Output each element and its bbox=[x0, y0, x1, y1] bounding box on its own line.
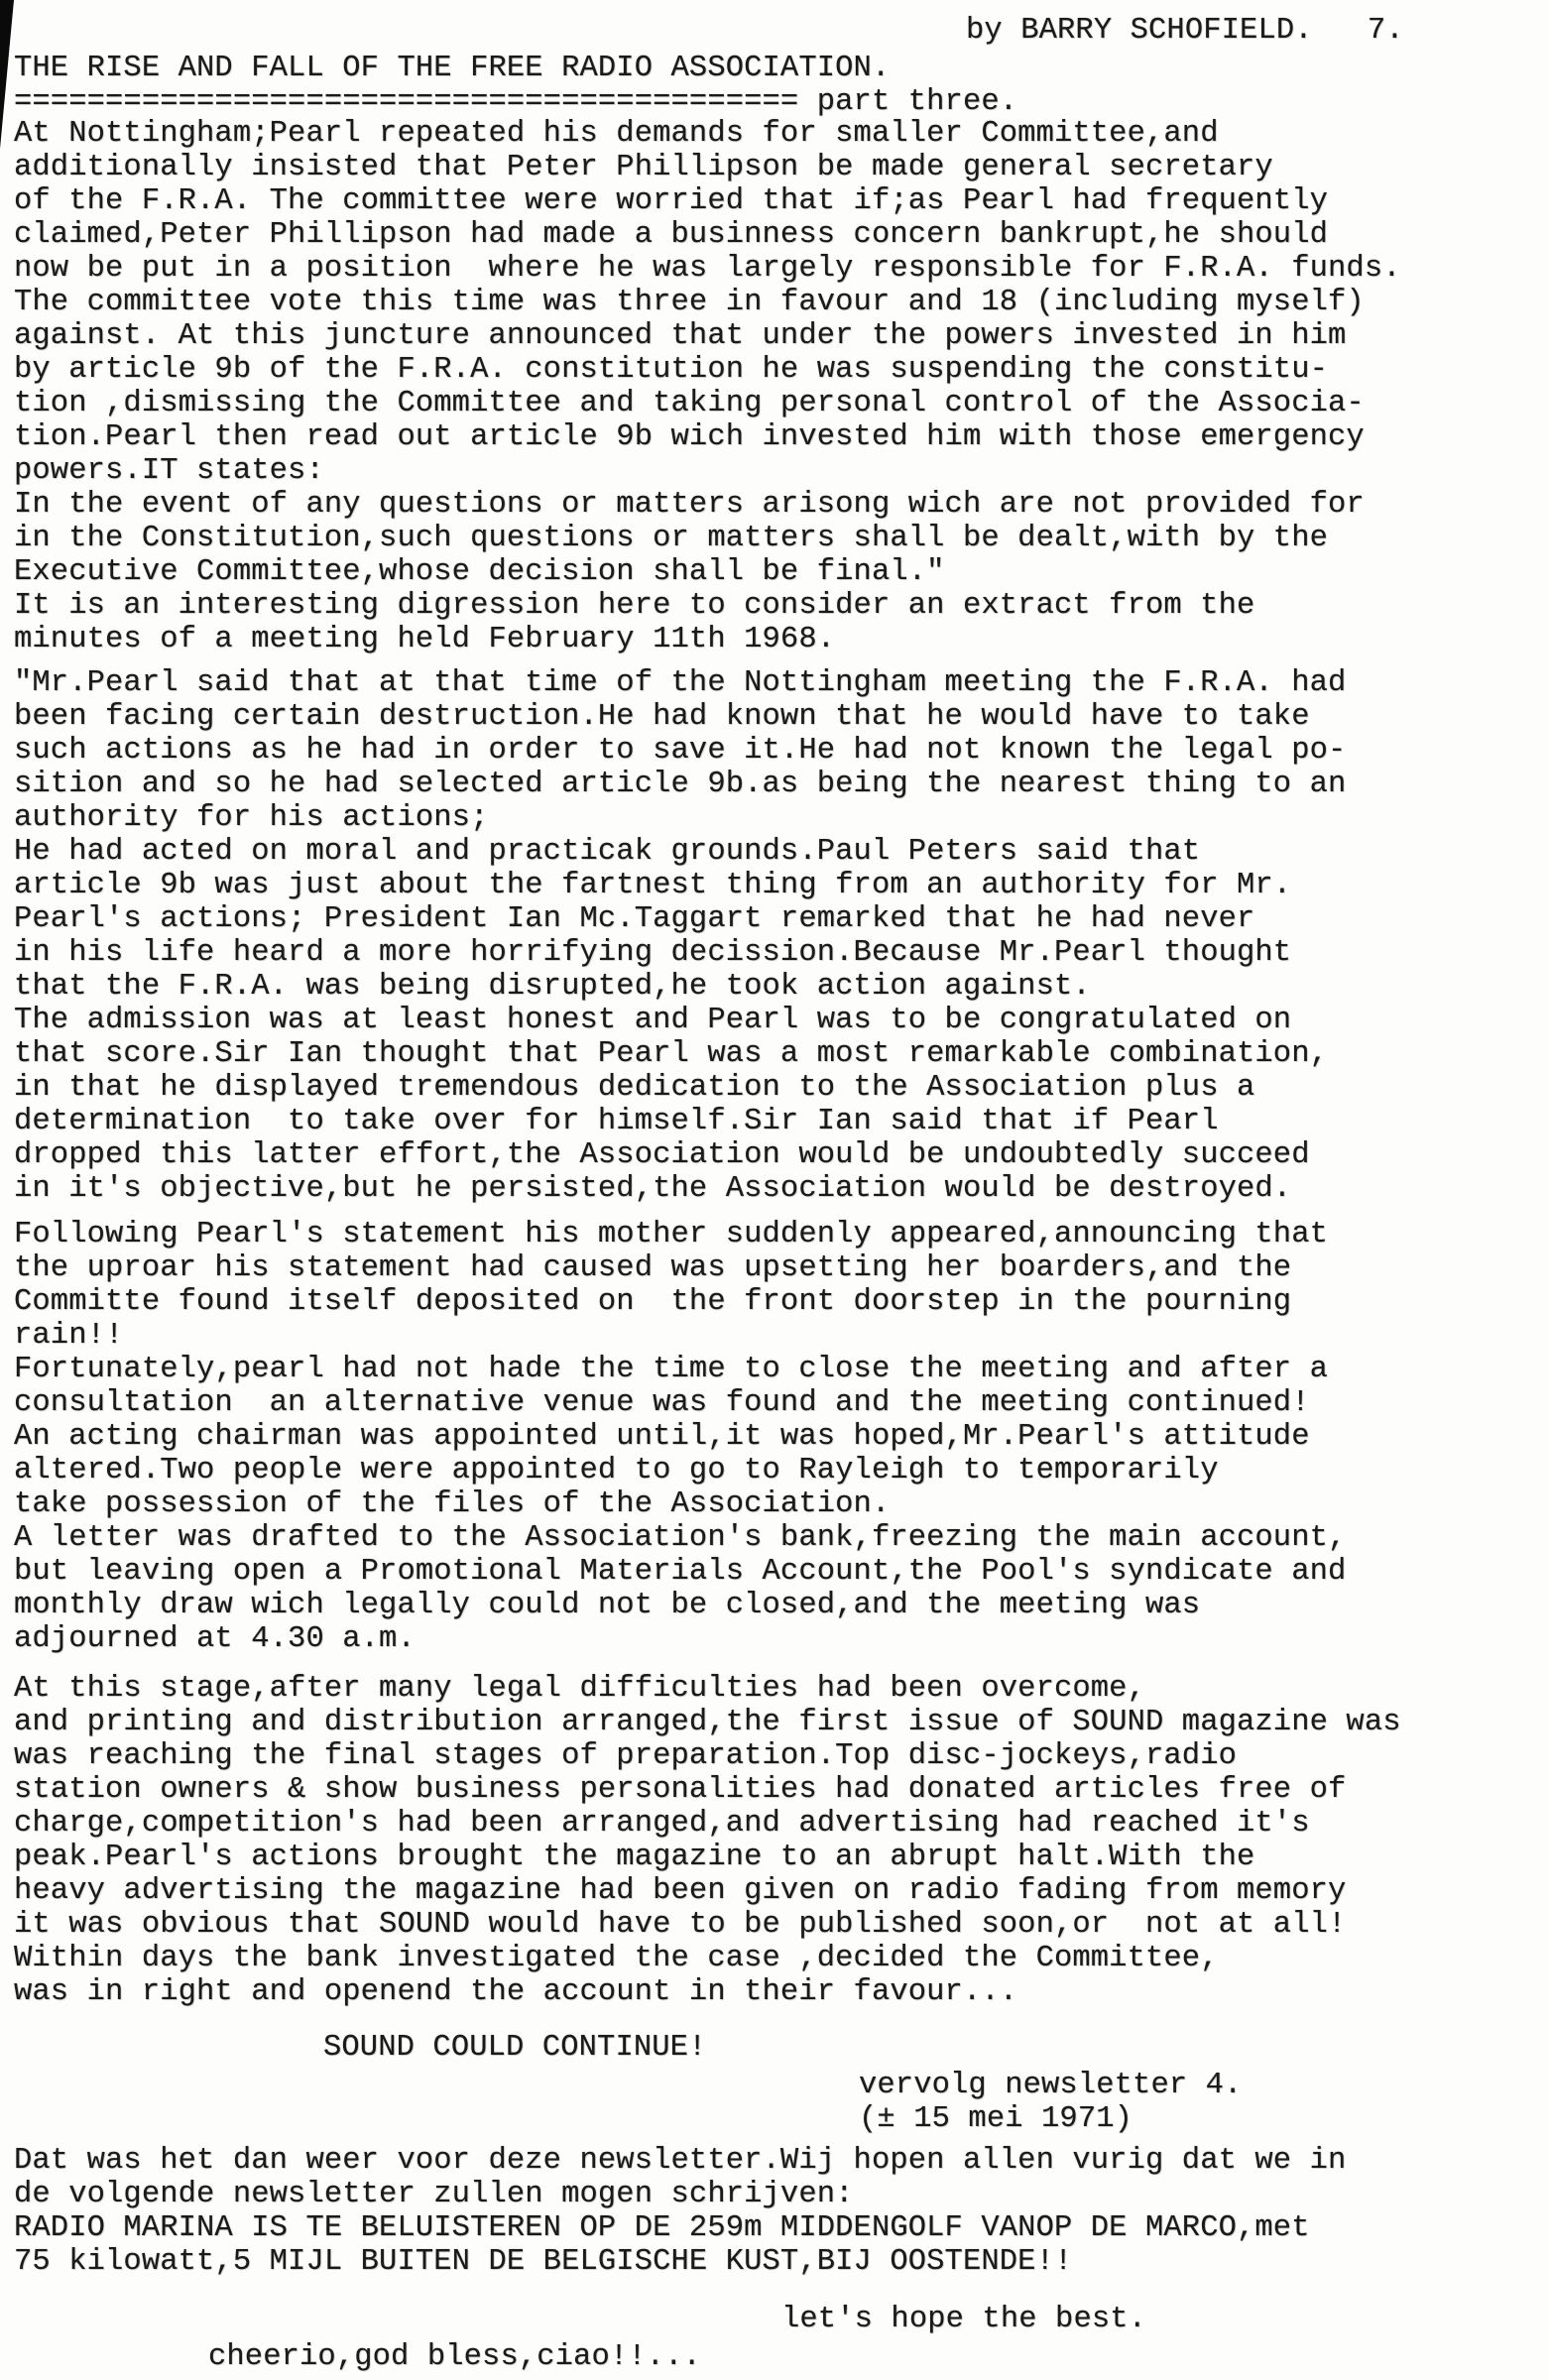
body-line: altered.Two people were appointed to go … bbox=[14, 1454, 1219, 1487]
dutch-closing-line: Dat was het dan weer voor deze newslette… bbox=[14, 2144, 1346, 2178]
signoff-line: cheerio,god bless,ciao!!... bbox=[208, 2340, 701, 2374]
body-line: against. At this juncture announced that… bbox=[14, 319, 1346, 353]
body-line: peak.Pearl's actions brought the magazin… bbox=[14, 1841, 1254, 1874]
body-line: additionally insisted that Peter Phillip… bbox=[14, 151, 1273, 184]
body-line: heavy advertising the magazine had been … bbox=[14, 1874, 1346, 1908]
body-line: in his life heard a more horrifying deci… bbox=[14, 936, 1291, 970]
body-line: Fortunately,pearl had not hade the time … bbox=[14, 1353, 1328, 1386]
body-line: article 9b was just about the fartnest t… bbox=[14, 869, 1291, 902]
body-line: tion.Pearl then read out article 9b wich… bbox=[14, 420, 1365, 454]
body-line: the uproar his statement had caused was … bbox=[14, 1251, 1291, 1285]
body-line: charge,competition's had been arranged,a… bbox=[14, 1807, 1310, 1841]
typewritten-page: by BARRY SCHOFIELD. 7. THE RISE AND FALL… bbox=[0, 0, 1549, 2380]
body-line: Pearl's actions; President Ian Mc.Taggar… bbox=[14, 902, 1254, 936]
body-line: Executive Committee,whose decision shall… bbox=[14, 555, 945, 589]
body-line: been facing certain destruction.He had k… bbox=[14, 700, 1310, 734]
body-line: adjourned at 4.30 a.m. bbox=[14, 1622, 416, 1656]
byline-and-page-number: by BARRY SCHOFIELD. 7. bbox=[966, 14, 1404, 48]
body-line: Committe found itself deposited on the f… bbox=[14, 1285, 1291, 1319]
body-line: station owners & show business personali… bbox=[14, 1773, 1346, 1807]
body-line: The admission was at least honest and Pe… bbox=[14, 1004, 1291, 1037]
body-line: minutes of a meeting held February 11th … bbox=[14, 623, 835, 656]
body-line: in it's objective,but he persisted,the A… bbox=[14, 1172, 1291, 1206]
body-line: "Mr.Pearl said that at that time of the … bbox=[14, 666, 1346, 700]
sound-could-continue-heading: SOUND COULD CONTINUE! bbox=[323, 2031, 706, 2065]
body-line: determination to take over for himself.S… bbox=[14, 1105, 1219, 1138]
body-line: In the event of any questions or matters… bbox=[14, 488, 1365, 522]
body-line: claimed,Peter Phillipson had made a busi… bbox=[14, 218, 1328, 252]
body-line: of the F.R.A. The committee were worried… bbox=[14, 184, 1328, 218]
body-line: it was obvious that SOUND would have to … bbox=[14, 1908, 1346, 1942]
body-line: was in right and openend the account in … bbox=[14, 1975, 1017, 2009]
body-line: take possession of the files of the Asso… bbox=[14, 1487, 890, 1521]
body-line: by article 9b of the F.R.A. constitution… bbox=[14, 353, 1328, 387]
body-line: rain!! bbox=[14, 1319, 123, 1353]
dutch-closing-line: de volgende newsletter zullen mogen schr… bbox=[14, 2178, 854, 2211]
body-line: and printing and distribution arranged,t… bbox=[14, 1706, 1401, 1739]
vervolg-newsletter-label: vervolg newsletter 4. bbox=[859, 2069, 1242, 2102]
title-underline-part-label: ========================================… bbox=[14, 85, 1017, 119]
newsletter-date: (± 15 mei 1971) bbox=[859, 2102, 1132, 2136]
body-line: sition and so he had selected article 9b… bbox=[14, 768, 1346, 801]
body-line: authority for his actions; bbox=[14, 801, 488, 835]
body-line: Following Pearl's statement his mother s… bbox=[14, 1218, 1328, 1251]
radio-marina-announcement: RADIO MARINA IS TE BELUISTEREN OP DE 259… bbox=[14, 2211, 1310, 2245]
body-line: that the F.R.A. was being disrupted,he t… bbox=[14, 970, 1091, 1004]
body-line: Within days the bank investigated the ca… bbox=[14, 1942, 1219, 1975]
body-line: At Nottingham;Pearl repeated his demands… bbox=[14, 117, 1219, 151]
body-line: that score.Sir Ian thought that Pearl wa… bbox=[14, 1037, 1328, 1071]
body-line: now be put in a position where he was la… bbox=[14, 252, 1401, 286]
body-line: monthly draw wich legally could not be c… bbox=[14, 1589, 1200, 1622]
body-line: The committee vote this time was three i… bbox=[14, 286, 1365, 319]
hope-line: let's hope the best. bbox=[781, 2303, 1146, 2336]
scan-edge-shadow bbox=[0, 0, 14, 149]
body-line: A letter was drafted to the Association'… bbox=[14, 1521, 1346, 1555]
body-line: dropped this latter effort,the Associati… bbox=[14, 1138, 1310, 1172]
body-line: It is an interesting digression here to … bbox=[14, 589, 1254, 623]
body-line: such actions as he had in order to save … bbox=[14, 734, 1346, 768]
body-line: in the Constitution,such questions or ma… bbox=[14, 522, 1328, 555]
body-line: in that he displayed tremendous dedicati… bbox=[14, 1071, 1254, 1105]
radio-marina-announcement: 75 kilowatt,5 MIJL BUITEN DE BELGISCHE K… bbox=[14, 2245, 1072, 2279]
body-line: powers.IT states: bbox=[14, 454, 324, 488]
body-line: but leaving open a Promotional Materials… bbox=[14, 1555, 1346, 1589]
article-title: THE RISE AND FALL OF THE FREE RADIO ASSO… bbox=[14, 52, 890, 85]
body-line: consultation an alternative venue was fo… bbox=[14, 1386, 1310, 1420]
body-line: At this stage,after many legal difficult… bbox=[14, 1672, 1145, 1706]
body-line: An acting chairman was appointed until,i… bbox=[14, 1420, 1310, 1454]
body-line: He had acted on moral and practicak grou… bbox=[14, 835, 1200, 869]
body-line: was reaching the final stages of prepara… bbox=[14, 1739, 1237, 1773]
body-line: tion ,dismissing the Committee and takin… bbox=[14, 387, 1365, 420]
